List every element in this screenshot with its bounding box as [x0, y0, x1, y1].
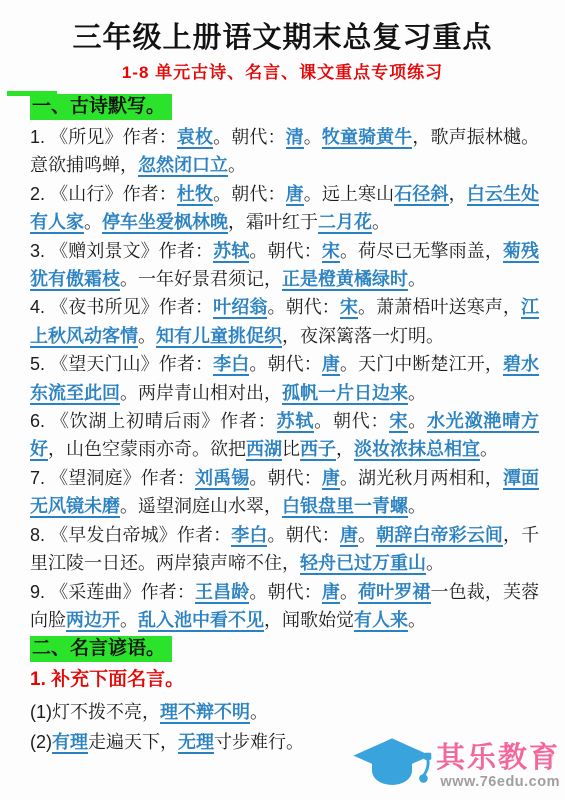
item-text: ，: [449, 184, 467, 204]
answer-text: 袁枚: [177, 127, 213, 149]
answer-text: 苏轼: [277, 411, 315, 433]
item-text: 。湖光秋月两相和，: [340, 468, 503, 488]
answer-text: 叶绍翁: [213, 297, 267, 319]
item-text: 。: [138, 326, 156, 346]
poem-item: 3. 《赠刘景文》作者：苏轼。朝代：宋。荷尽已无擎雨盖，菊残犹有傲霜枝。一年好景…: [30, 237, 539, 294]
graduation-cap-icon: [352, 737, 432, 797]
item-text: 。远上寒山: [304, 184, 395, 204]
item-text: 。: [372, 212, 390, 232]
item-text: 。: [408, 496, 426, 516]
item-text: 1. 《所见》作者：: [30, 127, 177, 147]
item-text: 。: [340, 582, 358, 602]
item-text: 。: [426, 553, 444, 573]
item-text: 比: [282, 439, 300, 459]
answer-text: 荷叶罗裙: [358, 582, 430, 604]
item-text: ，山色空蒙雨亦奇。欲把: [48, 439, 246, 459]
item-text: 7. 《望洞庭》作者：: [30, 468, 195, 488]
poem-item: 1. 《所见》作者：袁枚。朝代：清。牧童骑黄牛，歌声振林樾。意欲捕鸣蝉，忽然闭口…: [30, 123, 539, 180]
item-text: 。朝代：: [314, 411, 389, 431]
section-heading-row: 一、古诗默写。: [30, 94, 539, 121]
item-text: 。朝代：: [249, 468, 321, 488]
item-text: ，夜深篱落一灯明。: [282, 326, 444, 346]
section-heading: 二、名言谚语。: [30, 636, 172, 662]
item-text: 。荷尽已无擎雨盖，: [340, 241, 503, 261]
item-text: 8. 《早发白帝城》作者：: [30, 525, 231, 545]
answer-text: 宋: [340, 297, 358, 319]
item-text: (2): [30, 732, 52, 752]
item-text: 。朝代：: [267, 297, 339, 317]
answer-text: 牧童骑黄牛: [322, 127, 413, 149]
item-text: 。: [408, 411, 427, 431]
item-text: 。: [250, 702, 268, 722]
item-text: ，霜叶红于: [228, 212, 318, 232]
poem-item: 7. 《望洞庭》作者：刘禹锡。朝代：唐。湖光秋月两相和，潭面无风镜未磨。遥望洞庭…: [30, 464, 539, 521]
item-text: 。: [480, 439, 498, 459]
answer-text: 有人来: [354, 610, 408, 632]
item-text: 。: [408, 269, 426, 289]
answer-text: 淡妆浓抹总相宜: [354, 439, 480, 461]
answer-text: 杜牧: [177, 184, 213, 206]
item-text: 。: [408, 610, 426, 630]
brand-url: www.76edu.com: [436, 774, 560, 791]
item-text: 6. 《饮湖上初晴后雨》作者：: [30, 411, 277, 431]
answer-text: 有理: [52, 732, 88, 754]
item-text: 。: [84, 212, 102, 232]
item-text: 。朝代：: [213, 184, 285, 204]
poem-item: 9. 《采莲曲》作者：王昌龄。朝代：唐。荷叶罗裙一色裁，芙蓉向脸两边开。乱入池中…: [30, 578, 539, 635]
brand-logo: 其乐教育 www.76edu.com: [352, 737, 560, 797]
item-text: 。两岸青山相对出，: [120, 383, 282, 403]
item-text: 4. 《夜书所见》作者：: [30, 297, 213, 317]
page-title: 三年级上册语文期末总复习重点: [8, 20, 557, 56]
answer-text: 知有儿童挑促织: [156, 326, 282, 348]
answer-text: 唐: [340, 525, 358, 547]
item-text: 。天门中断楚江开，: [340, 354, 503, 374]
answer-text: 孤帆一片日边来: [282, 383, 408, 405]
poem-item: 8. 《早发白帝城》作者：李白。朝代：唐。朝辞白帝彩云间，千里江陵一日还。两岸猿…: [30, 521, 539, 578]
item-text: (1)灯不拨不亮，: [30, 702, 160, 722]
item-text: 。遥望洞庭山水翠，: [120, 496, 282, 516]
item-text: 。: [358, 525, 376, 545]
item-text: 。朝代：: [249, 241, 321, 261]
answer-text: 宋: [322, 241, 340, 263]
item-text: 。萧萧梧叶送寒声，: [358, 297, 521, 317]
section-heading-row: 二、名言谚语。: [30, 636, 539, 663]
item-text: 。朝代：: [249, 582, 321, 602]
answer-text: 朝辞白帝彩云间: [376, 525, 503, 547]
answer-text: 李白: [213, 354, 249, 376]
answer-text: 停车坐爱枫林晚: [102, 212, 228, 234]
item-text: ，: [336, 439, 354, 459]
item-text: 5. 《望天门山》作者：: [30, 354, 213, 374]
item-text: 。朝代：: [267, 525, 339, 545]
answer-text: 李白: [231, 525, 267, 547]
item-text: 。朝代：: [249, 354, 321, 374]
answer-text: 王昌龄: [195, 582, 249, 604]
worksheet-page: 三年级上册语文期末总复习重点 1-8 单元古诗、名言、课文重点专项练习 一、古诗…: [0, 0, 565, 800]
answer-text: 唐: [322, 468, 340, 490]
answer-text: 轻舟已过万重山: [300, 553, 426, 575]
item-text: ，闻歌始觉: [264, 610, 354, 630]
answer-text: 西湖: [246, 439, 282, 461]
answer-text: 刘禹锡: [195, 468, 249, 490]
item-text: 。: [120, 610, 138, 630]
poem-item: 2. 《山行》作者：杜牧。朝代：唐。远上寒山石径斜，白云生处有人家。停车坐爱枫林…: [30, 180, 539, 237]
answer-text: 二月花: [318, 212, 372, 234]
brand-text-block: 其乐教育 www.76edu.com: [436, 743, 560, 791]
poem-item: 5. 《望天门山》作者：李白。朝代：唐。天门中断楚江开，碧水东流至此回。两岸青山…: [30, 350, 539, 407]
item-text: 9. 《采莲曲》作者：: [30, 582, 195, 602]
answer-text: 乱入池中看不见: [138, 610, 264, 632]
answer-text: 忽然闭口立: [138, 155, 228, 177]
brand-name: 其乐教育: [436, 743, 560, 774]
answer-text: 清: [286, 127, 304, 149]
answer-text: 苏轼: [213, 241, 249, 263]
answer-text: 白银盘里一青螺: [282, 496, 408, 518]
answer-text: 唐: [286, 184, 304, 206]
answer-text: 正是橙黄橘绿时: [282, 269, 408, 291]
answer-text: 理不辩不明: [160, 702, 250, 724]
item-text: 3. 《赠刘景文》作者：: [30, 241, 213, 261]
answer-text: 唐: [322, 582, 340, 604]
answer-text: 无理: [178, 732, 214, 754]
section-heading: 一、古诗默写。: [30, 94, 172, 120]
worksheet-content: 一、古诗默写。1. 《所见》作者：袁枚。朝代：清。牧童骑黄牛，歌声振林樾。意欲捕…: [0, 85, 565, 757]
item-text: 。: [408, 383, 426, 403]
item-text: 2. 《山行》作者：: [30, 184, 177, 204]
page-subtitle: 1-8 单元古诗、名言、课文重点专项练习: [0, 61, 565, 85]
item-text: 走遍天下，: [88, 732, 178, 752]
answer-text: 石径斜: [394, 184, 448, 206]
item-text: 。一年好景君须记，: [120, 269, 282, 289]
saying-item: (1)灯不拨不亮，理不辩不明。: [30, 697, 539, 727]
answer-text: 两边开: [66, 610, 120, 632]
poem-item: 6. 《饮湖上初晴后雨》作者：苏轼。朝代：宋。水光潋滟晴方好，山色空蒙雨亦奇。欲…: [30, 407, 539, 464]
answer-text: 唐: [322, 354, 340, 376]
item-text: 。: [228, 155, 246, 175]
section-subheading: 1. 补充下面名言。: [30, 665, 539, 695]
item-text: 。: [304, 127, 322, 147]
item-text: 寸步难行。: [214, 732, 304, 752]
poem-item: 4. 《夜书所见》作者：叶绍翁。朝代：宋。萧萧梧叶送寒声，江上秋风动客情。知有儿…: [30, 293, 539, 350]
item-text: 。朝代：: [213, 127, 285, 147]
answer-text: 西子: [300, 439, 336, 461]
answer-text: 宋: [389, 411, 408, 433]
